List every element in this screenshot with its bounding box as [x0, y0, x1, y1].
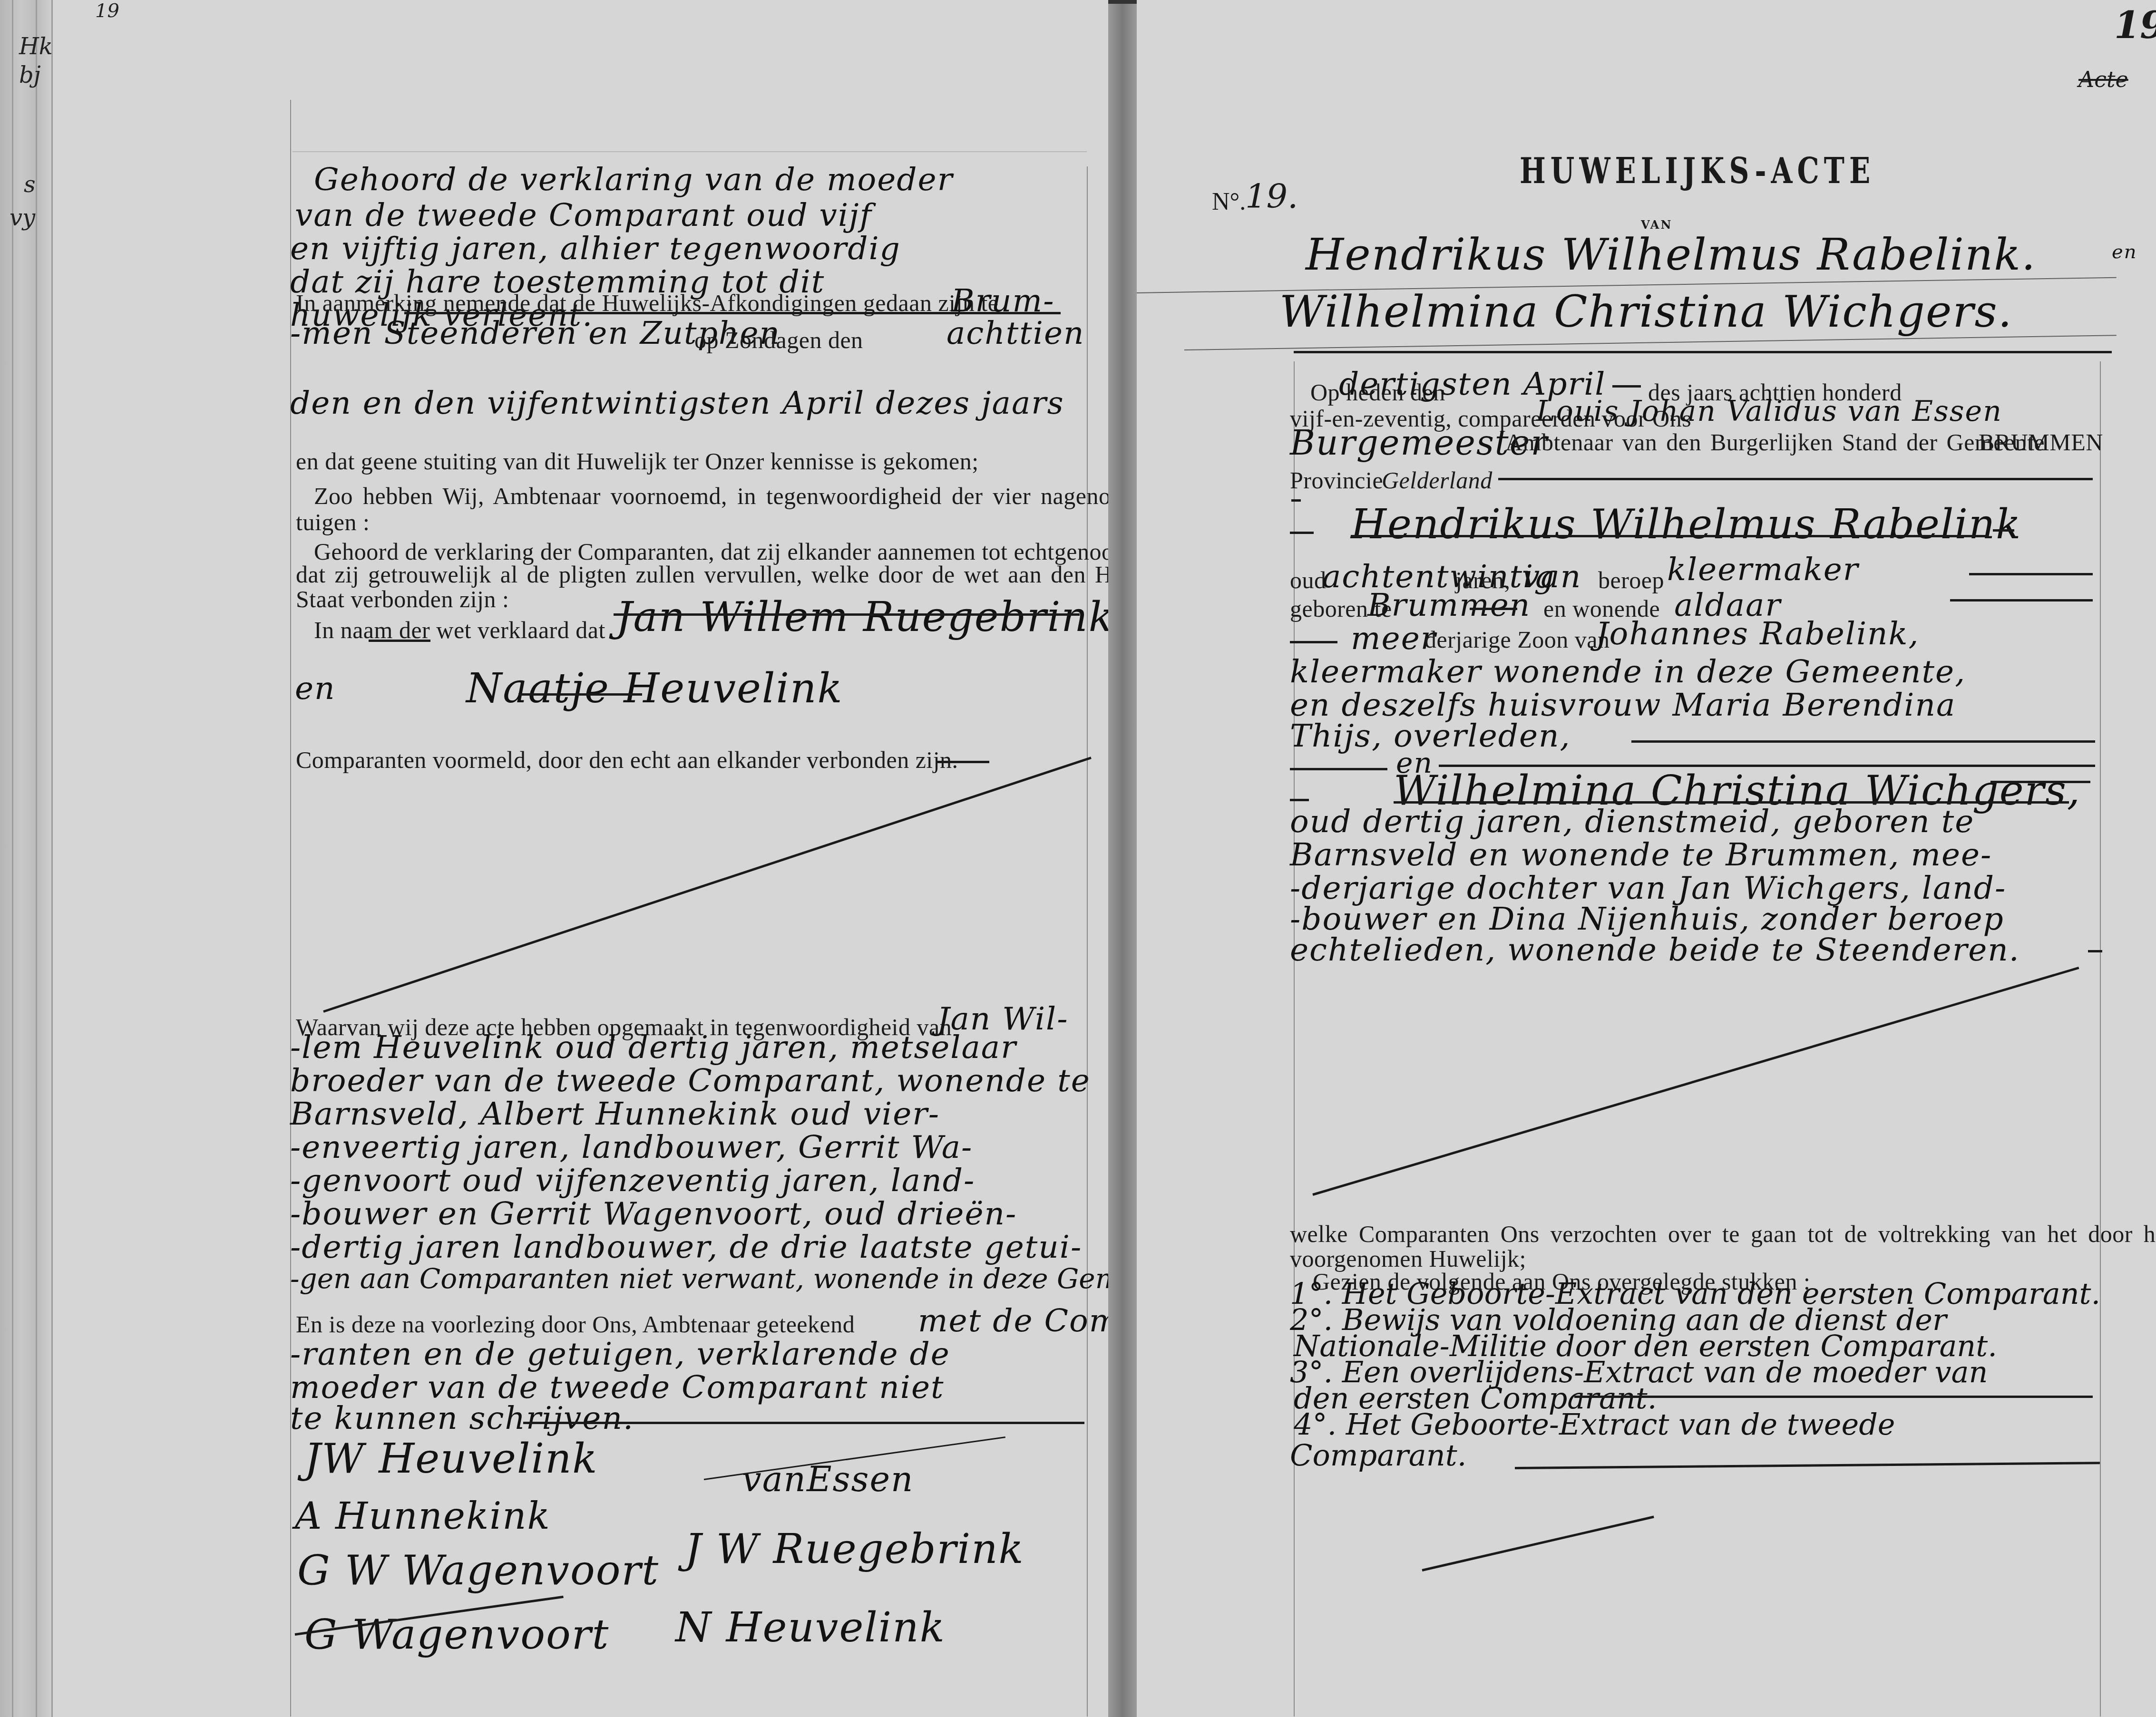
- fill-line: [2088, 950, 2102, 952]
- connector-en: en: [295, 673, 336, 704]
- fill-line: [1990, 781, 2090, 783]
- printed-ambtenaar: Ambtenaar van den Burgerlijken Stand der…: [1505, 430, 2045, 454]
- groom-name: Hendrikus Wilhelmus Rabelink: [1351, 504, 2021, 545]
- signing-text-line: moeder van de tweede Comparant niet: [290, 1372, 945, 1403]
- signature-witness-4: G Wagenvoort: [304, 1614, 609, 1655]
- fill-line: [614, 613, 1080, 616]
- printed-en-is: En is deze na voorlezing door Ons, Ambte…: [296, 1312, 855, 1336]
- fill-line: [937, 761, 989, 763]
- printed-beroep: beroep: [1598, 568, 1664, 592]
- heading-bride-name: Wilhelmina Christina Wichgers.: [1279, 290, 2013, 334]
- official-name: Louis Johan Validus van Essen: [1536, 397, 2002, 426]
- consent-line-2: van de tweede Comparant oud vijf: [295, 200, 872, 231]
- groom-father: Johannes Rabelink,: [1596, 618, 1920, 650]
- witness-text-line: -gen aan Comparanten niet verwant, wonen…: [290, 1265, 1199, 1292]
- bride-detail-line: Barnsveld en wonende te Brummen, mee-: [1290, 839, 1992, 871]
- fill-line: [1574, 1396, 2093, 1398]
- printed-zoon-van: derjarige Zoon van: [1424, 628, 1610, 651]
- signature-witness-1: JW Heuvelink: [304, 1438, 598, 1479]
- groom-occupation: kleermaker: [1667, 554, 1859, 585]
- fill-line: [523, 1422, 1084, 1424]
- fill-line: [1290, 768, 1387, 770]
- bride-detail-line: echtelieden, wonende beide te Steenderen…: [1290, 934, 2020, 966]
- heading-en: en: [2112, 243, 2137, 262]
- province: Gelderland: [1382, 468, 1493, 492]
- printed-zondagen: op Zondagen den: [694, 328, 863, 352]
- signing-text-line: te kunnen schrijven.: [290, 1403, 634, 1434]
- fill-line: [1290, 799, 1309, 801]
- acte-number-label: N°.: [1212, 188, 1246, 216]
- fill-line: [1993, 529, 2014, 532]
- box-top-rule: [1294, 351, 2112, 353]
- proclamation-date-2: den en den vijfentwintigsten April dezes…: [290, 388, 1064, 419]
- binding-line: [36, 0, 37, 1717]
- binding-edge: [0, 0, 52, 1717]
- binding-line: [12, 0, 13, 1717]
- document-line: 4°. Het Geboorte-Extract van de tweede: [1294, 1410, 1895, 1439]
- signature-witness-2: A Hunnekink: [295, 1498, 551, 1535]
- signature-bride: N Heuvelink: [675, 1607, 946, 1648]
- printed-welke: welke Comparanten Ons verzochten over te…: [1290, 1222, 2156, 1246]
- groom-parents-line: en deszelfs huisvrouw Maria Berendina: [1290, 689, 1956, 721]
- heading-groom-name: Hendrikus Wilhelmus Rabelink.: [1306, 233, 2036, 277]
- right-margin-rule: [1087, 166, 1088, 1717]
- document-title: HUWELIJKS-ACTE: [1520, 150, 1875, 192]
- signature-groom: J W Ruegebrink: [685, 1529, 1024, 1570]
- signature-witness-3: G W Wagenvoort: [297, 1550, 659, 1591]
- fill-line: [1612, 385, 1641, 388]
- box-right-rule: [2100, 361, 2101, 1717]
- groom-parents-line: kleermaker wonende in deze Gemeente,: [1290, 656, 1966, 688]
- fill-line: [1950, 599, 2093, 601]
- printed-no-objection: en dat geene stuiting van dit Huwelijk t…: [296, 449, 979, 473]
- witness-text-line: -bouwer en Gerrit Wagenvoort, oud drieën…: [290, 1198, 1017, 1230]
- acte-number: 19.: [1245, 177, 1298, 216]
- printed-oud: oud: [1290, 568, 1327, 592]
- printed-gehoord-1: Gehoord de verklaring der Comparanten, d…: [314, 540, 1179, 563]
- page-number: 19: [2114, 4, 2156, 47]
- witness-text-line: -genvoort oud vijfenzeventig jaren, land…: [290, 1165, 975, 1196]
- printed-gehoord-2: dat zij getrouwelijk al de pligten zulle…: [296, 563, 1208, 586]
- consent-line-3: en vijftig jaren, alhier tegenwoordig: [290, 233, 901, 264]
- fill-line: [1498, 478, 2093, 480]
- corner-note: Acte: [2078, 67, 2128, 92]
- signature-official: vanEssen: [742, 1462, 914, 1496]
- margin-note: bj: [19, 62, 41, 88]
- fill-line: [1470, 608, 1517, 610]
- municipality: BRUMMEN: [1979, 430, 2103, 454]
- witness-text-line: -enveertig jaren, landbouwer, Gerrit Wa-: [290, 1132, 973, 1163]
- fill-line: [369, 640, 430, 642]
- printed-voorgenomen: voorgenomen Huwelijk;: [1290, 1247, 1526, 1271]
- witness-text-line: broeder van de tweede Comparant, wonende…: [290, 1065, 1091, 1096]
- margin-note: vy: [10, 204, 35, 231]
- ruled-line: [293, 151, 1087, 152]
- printed-gehoord-3: Staat verbonden zijn :: [296, 587, 509, 611]
- proclamation-date-1: achttien: [946, 318, 1085, 349]
- fill-line: [1631, 740, 2095, 743]
- margin-note: 19: [95, 0, 119, 22]
- bride-detail-line: -derjarige dochter van Jan Wichgers, lan…: [1290, 873, 2006, 904]
- spouse-groom-name: Jan Willem Ruegebrink: [616, 597, 1114, 638]
- bride-detail-line: oud dertig jaren, dienstmeid, geboren te: [1290, 806, 1974, 837]
- printed-getuigen: tuigen :: [296, 510, 370, 534]
- witness-text-line: Barnsveld, Albert Hunnekink oud vier-: [290, 1098, 940, 1130]
- hand-meer: meer: [1351, 623, 1436, 654]
- printed-zoo-hebben: Zoo hebben Wij, Ambtenaar voornoemd, in …: [314, 484, 1204, 508]
- bride-detail-line: -bouwer en Dina Nijenhuis, zonder beroep: [1290, 903, 2004, 935]
- fill-line: [1290, 532, 1314, 534]
- witness-text-line: -dertig jaren landbouwer, de drie laatst…: [290, 1232, 1082, 1263]
- printed-in-naam: In naam der wet verklaard dat: [314, 618, 605, 642]
- margin-note: s: [24, 171, 36, 198]
- proclamation-place-1: Brum-: [951, 285, 1054, 317]
- spouse-bride-name: Naatje Heuvelink: [466, 668, 843, 709]
- margin-note: Hk: [19, 33, 53, 60]
- fill-line: [518, 693, 642, 696]
- printed-provincie: Provincie: [1290, 468, 1383, 492]
- document-line: Comparant.: [1290, 1441, 1466, 1470]
- printed-verbonden: Comparanten voormeld, door den echt aan …: [296, 748, 958, 772]
- fill-line: [1290, 641, 1337, 643]
- fill-line: [1351, 535, 1988, 537]
- printed-aanmerking: In aanmerking nemende dat de Huwelijks-A…: [296, 291, 998, 315]
- fill-line: [1291, 499, 1301, 502]
- binding-line: [51, 0, 53, 1717]
- witness-text-line: -lem Heuvelink oud dertig jaren, metsela…: [290, 1032, 1017, 1063]
- box-left-rule: [1294, 361, 1295, 1717]
- groom-birthplace: Brummen: [1367, 590, 1531, 621]
- fill-line: [1969, 573, 2093, 575]
- book-gutter: [1108, 0, 1137, 1717]
- hand-van: van: [1522, 561, 1581, 592]
- consent-line-1: Gehoord de verklaring van de moeder: [314, 164, 953, 195]
- signing-text-line: -ranten en de getuigen, verklarende de: [290, 1339, 950, 1370]
